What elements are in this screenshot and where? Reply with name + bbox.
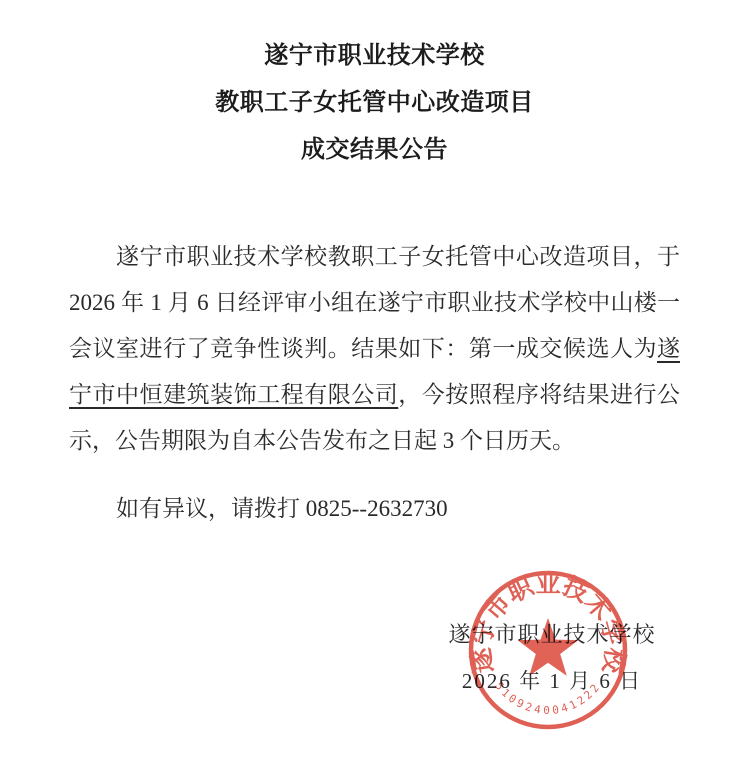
- body-line: 宁市中恒建筑装饰工程有限公司，今按照程序将结果进行公: [69, 372, 680, 418]
- body-line: 遂宁市职业技术学校教职工子女托管中心改造项目，于: [69, 234, 680, 280]
- body-line: 会议室进行了竞争性谈判。结果如下：第一成交候选人为遂: [69, 326, 680, 372]
- title-line-1: 遂宁市职业技术学校: [0, 32, 749, 79]
- body-paragraph: 遂宁市职业技术学校教职工子女托管中心改造项目，于2026 年 1 月 6 日经评…: [0, 234, 749, 464]
- body-text: ，今按照程序将结果进行公: [398, 382, 680, 407]
- body-line: 2026 年 1 月 6 日经评审小组在遂宁市职业技术学校中山楼一: [69, 280, 680, 326]
- title-line-2: 教职工子女托管中心改造项目: [0, 79, 749, 126]
- signature-block: 遂宁市职业技术学校 2026 年 1 月 6 日: [428, 612, 676, 704]
- underlined-company-text: 遂: [657, 336, 680, 361]
- document-page: 遂宁市职业技术学校 教职工子女托管中心改造项目 成交结果公告 遂宁市职业技术学校…: [0, 0, 749, 766]
- underlined-company-text: 宁市中恒建筑装饰工程有限公司: [69, 382, 398, 407]
- body-text: 遂宁市职业技术学校教职工子女托管中心改造项目，于: [116, 244, 680, 269]
- body-text: 示，公告期限为自本公告发布之日起 3 个日历天。: [69, 428, 575, 453]
- body-line: 示，公告期限为自本公告发布之日起 3 个日历天。: [69, 418, 680, 464]
- contact-line: 如有异议，请拨打 0825--2632730: [0, 486, 749, 532]
- body-text: 2026 年 1 月 6 日经评审小组在遂宁市职业技术学校中山楼一: [69, 290, 680, 315]
- signature-date: 2026 年 1 月 6 日: [428, 658, 676, 704]
- document-title: 遂宁市职业技术学校 教职工子女托管中心改造项目 成交结果公告: [0, 0, 749, 173]
- body-text: 会议室进行了竞争性谈判。结果如下：第一成交候选人为: [69, 336, 657, 361]
- title-line-3: 成交结果公告: [0, 126, 749, 173]
- signature-org: 遂宁市职业技术学校: [428, 612, 676, 658]
